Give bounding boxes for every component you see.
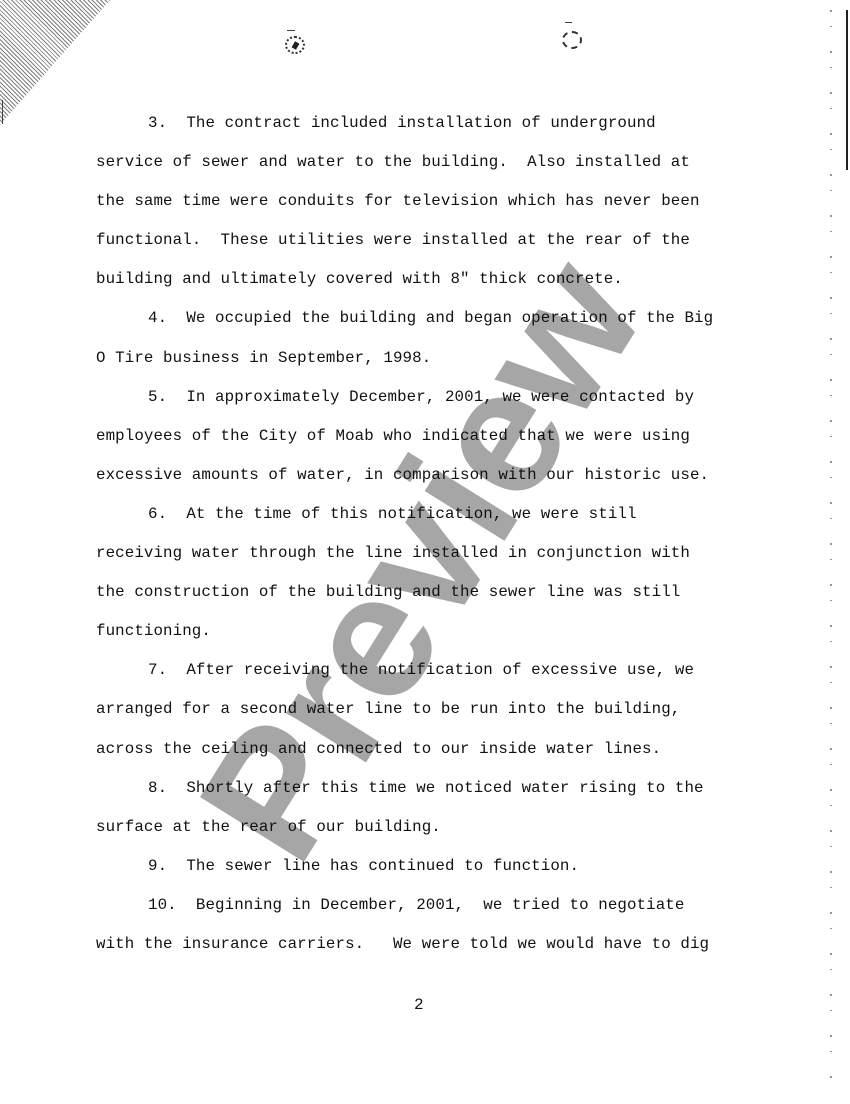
paragraph-10-line-2: with the insurance carriers. We were tol…	[96, 925, 756, 964]
paragraph-5-line-3: excessive amounts of water, in compariso…	[96, 456, 756, 495]
paragraph-4-line-2: O Tire business in September, 1998.	[96, 339, 756, 378]
paragraph-6-line-4: functioning.	[96, 612, 756, 651]
page-number: 2	[414, 996, 424, 1014]
paragraph-6-line-2: receiving water through the line install…	[96, 534, 756, 573]
paragraph-3-line-4: functional. These utilities were install…	[96, 221, 756, 260]
paragraph-8-line-1: 8. Shortly after this time we noticed wa…	[96, 769, 756, 808]
scan-edge-mark	[2, 100, 3, 124]
scan-right-edge	[846, 10, 848, 170]
paragraph-6-line-1: 6. At the time of this notification, we …	[96, 495, 756, 534]
scan-right-dots	[830, 10, 832, 1090]
scan-corner-artifact	[0, 0, 110, 125]
paragraph-3-line-3: the same time were conduits for televisi…	[96, 182, 756, 221]
punch-hole-left-icon	[285, 36, 305, 54]
paragraph-3-line-5: building and ultimately covered with 8" …	[96, 260, 756, 299]
scan-mark	[565, 22, 572, 23]
paragraph-8-line-2: surface at the rear of our building.	[96, 808, 756, 847]
paragraph-9-line-1: 9. The sewer line has continued to funct…	[96, 847, 756, 886]
paragraph-7-line-2: arranged for a second water line to be r…	[96, 690, 756, 729]
document-body: 3. The contract included installation of…	[96, 104, 756, 964]
paragraph-5-line-2: employees of the City of Moab who indica…	[96, 417, 756, 456]
document-page: Preview 3. The contract included install…	[0, 0, 850, 1104]
paragraph-3-line-1: 3. The contract included installation of…	[96, 104, 756, 143]
punch-hole-right-icon	[562, 31, 582, 49]
paragraph-7-line-3: across the ceiling and connected to our …	[96, 730, 756, 769]
paragraph-7-line-1: 7. After receiving the notification of e…	[96, 651, 756, 690]
paragraph-6-line-3: the construction of the building and the…	[96, 573, 756, 612]
scan-mark	[287, 30, 295, 31]
paragraph-5-line-1: 5. In approximately December, 2001, we w…	[96, 378, 756, 417]
paragraph-10-line-1: 10. Beginning in December, 2001, we trie…	[96, 886, 756, 925]
paragraph-4-line-1: 4. We occupied the building and began op…	[96, 299, 756, 338]
paragraph-3-line-2: service of sewer and water to the buildi…	[96, 143, 756, 182]
